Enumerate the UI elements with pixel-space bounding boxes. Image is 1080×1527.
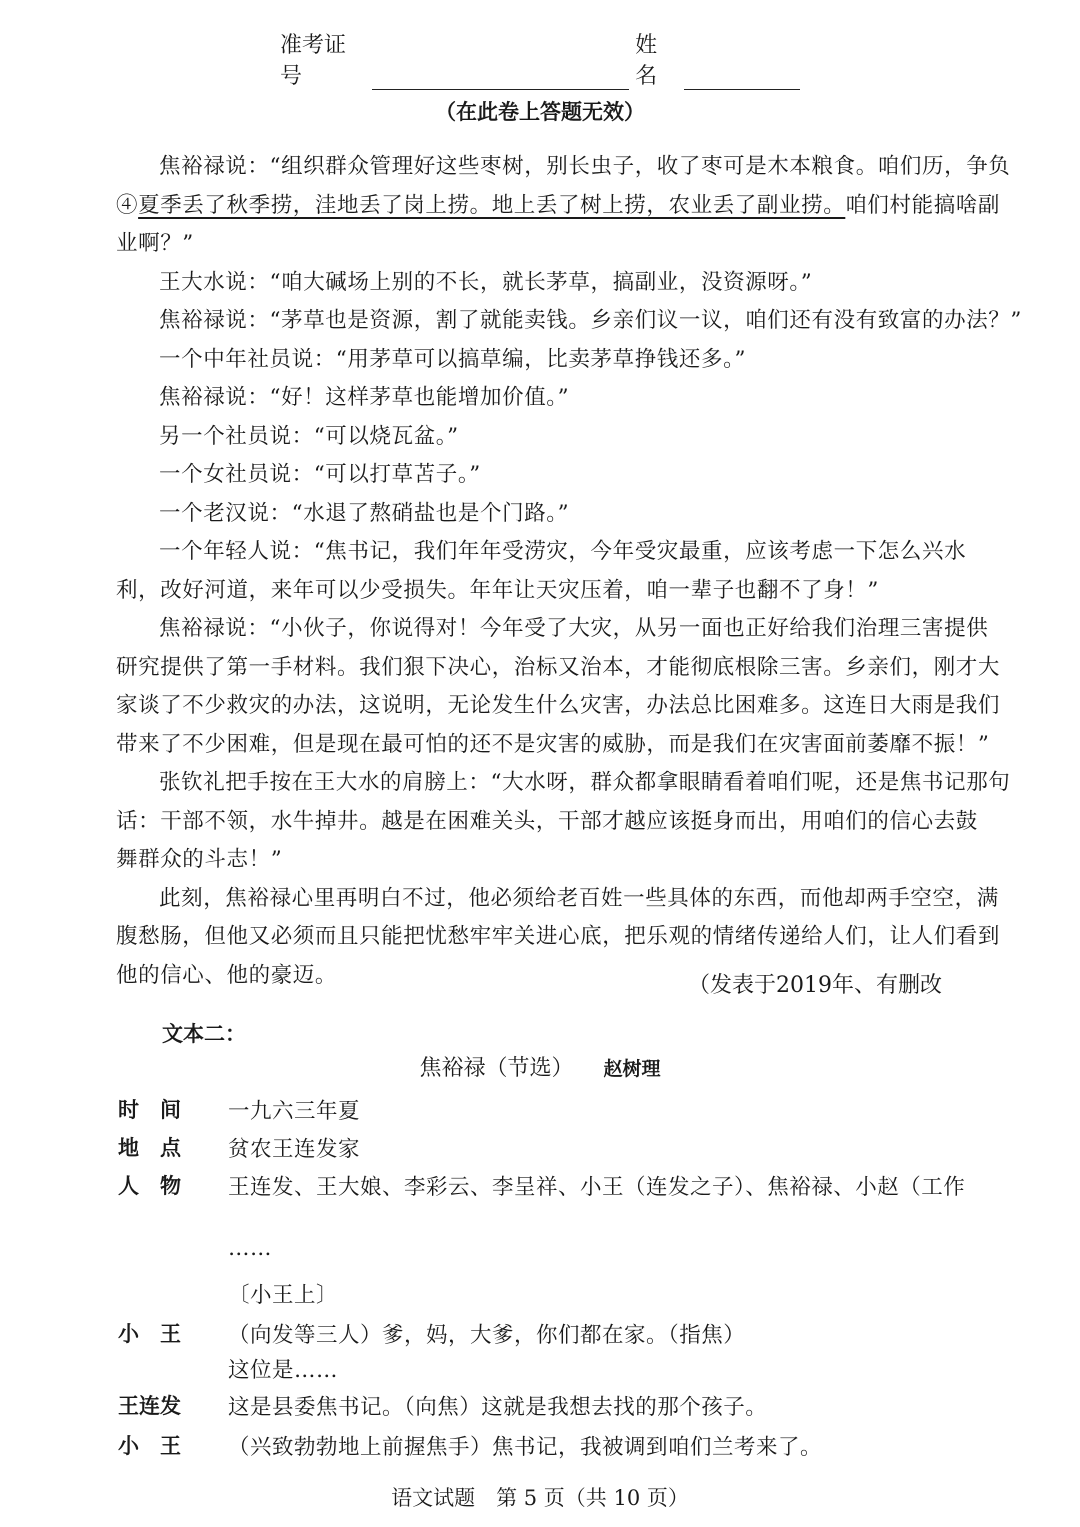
setting-characters: 人 物 王连发、王大娘、李彩云、李呈祥、小王（连发之子）、焦裕禄、小赵（工作 [118,1170,965,1201]
text-one-body: 焦裕禄说：“组织群众管理好这些枣树，别长虫子，收了枣可是木本粮食。咱们历，争负 … [116,148,946,995]
page-footer: 语文试题 第 5 页（共 10 页） [0,1482,1080,1512]
dialogue-line: 王连发 这是县委焦书记。（向焦）这就是我想去找的那个孩子。 [118,1390,767,1421]
invalid-answer-notice: （在此卷上答题无效） [0,96,1080,126]
stage-direction: 〔小王上〕 [118,1278,338,1309]
exam-page: 准考证号 姓名 （在此卷上答题无效） 焦裕禄说：“组织群众管理好这些枣树，别长虫… [0,0,1080,1527]
paragraph-9: 一个年轻人说：“焦书记，我们年年受涝灾，今年受灾最重，应该考虑一下怎么兴水 利，… [116,533,946,610]
paragraph-6: 另一个社员说：“可以烧瓦盆。” [116,418,946,457]
paragraph-5: 焦裕禄说：“好！这样茅草也能增加价值。” [116,379,946,418]
title-text: 焦裕禄（节选） [419,1056,573,1081]
dialogue-continuation: 这位是…… [118,1353,338,1384]
paragraph-2: 王大水说：“咱大碱场上别的不长，就长茅草，搞副业，没资源呀。” [116,264,946,303]
work-title: 焦裕禄（节选）赵树理 [0,1051,1080,1082]
paragraph-11: 张钦礼把手按在王大水的肩膀上：“大水呀，群众都拿眼睛看着咱们呢，还是焦书记那句 … [116,764,946,880]
name-blank [684,65,800,90]
author-name: 赵树理 [604,1058,661,1080]
paragraph-7: 一个女社员说：“可以打草苫子。” [116,456,946,495]
source-note: （发表于2019年、有删改 [688,968,942,999]
underlined-sentence: 夏季丢了秋季捞，洼地丢了岗上捞。地上丢了树上捞，农业丢了副业捞。 [138,193,845,218]
paragraph-1: 焦裕禄说：“组织群众管理好这些枣树，别长虫子，收了枣可是木本粮食。咱们历，争负 … [116,148,946,264]
ellipsis: …… [118,1236,272,1261]
paragraph-4: 一个中年社员说：“用茅草可以搞草编，比卖茅草挣钱还多。” [116,341,946,380]
paragraph-10: 焦裕禄说：“小伙子，你说得对！今年受了大灾，从另一面也正好给我们治理三害提供 研… [116,610,946,764]
setting-time: 时 间 一九六三年夏 [118,1094,360,1125]
name-label: 姓名 [635,28,678,90]
exam-id-label: 准考证号 [280,28,366,90]
text-two-label: 文本二： [162,1018,246,1048]
exam-id-blank [372,65,629,90]
dialogue-line: 小 王 （向发等三人）爹，妈，大爹，你们都在家。（指焦） [118,1318,745,1349]
question-marker: ④ [116,193,138,218]
paragraph-3: 焦裕禄说：“茅草也是资源，割了就能卖钱。乡亲们议一议，咱们还有没有致富的办法？” [116,302,946,341]
setting-place: 地 点 贫农王连发家 [118,1132,360,1163]
paragraph-8: 一个老汉说：“水退了熬硝盐也是个门路。” [116,495,946,534]
candidate-info-line: 准考证号 姓名 [280,56,800,90]
dialogue-line: 小 王 （兴致勃勃地上前握焦手）焦书记，我被调到咱们兰考来了。 [118,1430,822,1461]
